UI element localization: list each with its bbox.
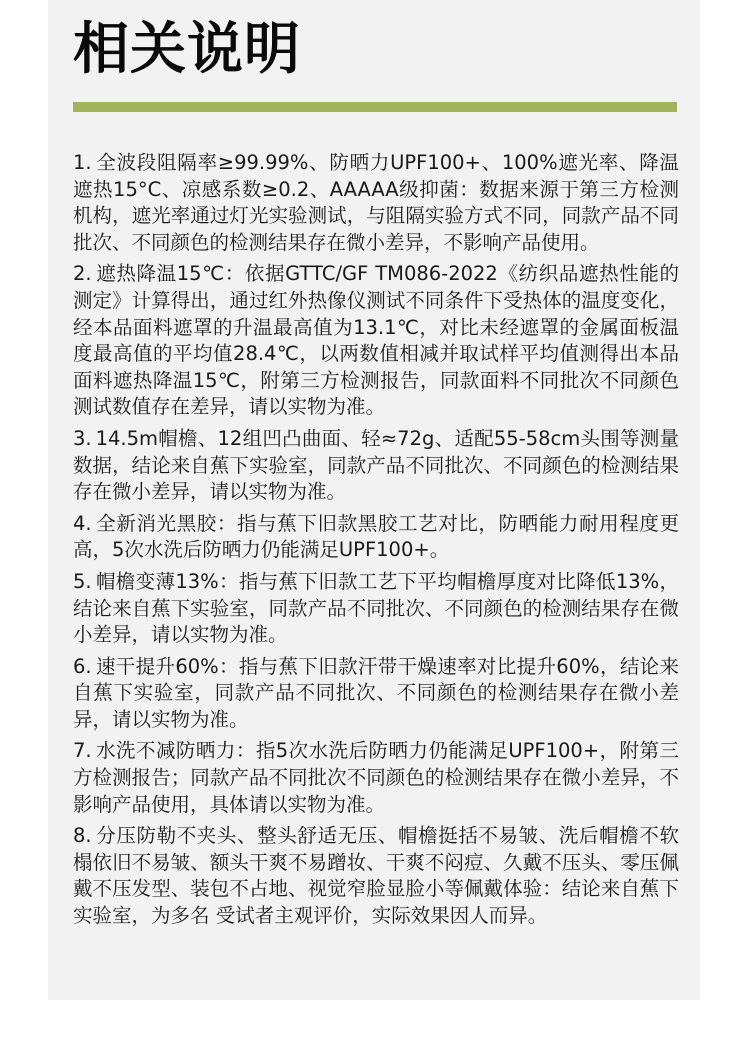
note-item-5: 5.帽檐变薄13%：指与蕉下旧款工艺下平均帽檐厚度对比降低13%，结论来自蕉下实… xyxy=(73,569,679,649)
note-number: 5. xyxy=(73,570,92,593)
note-item-7: 7.水洗不减防晒力：指5次水洗后防晒力仍能满足UPF100+，附第三方检测报告；… xyxy=(73,738,679,818)
page-title: 相关说明 xyxy=(73,14,301,86)
note-item-4: 4.全新消光黑胶：指与蕉下旧款黑胶工艺对比，防晒能力耐用程度更高，5次水洗后防晒… xyxy=(73,511,679,564)
note-text: 水洗不减防晒力：指5次水洗后防晒力仍能满足UPF100+，附第三方检测报告；同款… xyxy=(73,739,679,815)
note-number: 4. xyxy=(73,512,92,535)
note-number: 3. xyxy=(73,427,92,450)
note-text: 14.5m帽檐、12组凹凸曲面、轻≈72g、适配55-58cm头围等测量数据，结… xyxy=(73,427,679,503)
note-number: 6. xyxy=(73,655,92,678)
note-item-6: 6.速干提升60%：指与蕉下旧款汗带干燥速率对比提升60%，结论来自蕉下实验室，… xyxy=(73,654,679,734)
note-text: 遮热降温15℃：依据GTTC/GF TM086-2022《纺织品遮热性能的测定》… xyxy=(73,262,679,418)
note-item-1: 1.全波段阻隔率≥99.99%、防晒力UPF100+、100%遮光率、降温遮热1… xyxy=(73,150,679,256)
note-item-8: 8.分压防勒不夹头、整头舒适无压、帽檐挺括不易皱、洗后帽檐不软榻依旧不易皱、额头… xyxy=(73,823,679,929)
title-underline-bar xyxy=(73,102,677,112)
note-number: 2. xyxy=(73,262,92,285)
note-text: 全波段阻隔率≥99.99%、防晒力UPF100+、100%遮光率、降温遮热15°… xyxy=(73,151,679,254)
note-item-3: 3.14.5m帽檐、12组凹凸曲面、轻≈72g、适配55-58cm头围等测量数据… xyxy=(73,426,679,506)
note-item-2: 2.遮热降温15℃：依据GTTC/GF TM086-2022《纺织品遮热性能的测… xyxy=(73,261,679,421)
note-text: 全新消光黑胶：指与蕉下旧款黑胶工艺对比，防晒能力耐用程度更高，5次水洗后防晒力仍… xyxy=(73,512,679,562)
note-number: 7. xyxy=(73,739,92,762)
note-text: 帽檐变薄13%：指与蕉下旧款工艺下平均帽檐厚度对比降低13%，结论来自蕉下实验室… xyxy=(73,570,679,646)
note-text: 速干提升60%：指与蕉下旧款汗带干燥速率对比提升60%，结论来自蕉下实验室，同款… xyxy=(73,655,679,731)
note-number: 1. xyxy=(73,151,92,174)
note-text: 分压防勒不夹头、整头舒适无压、帽檐挺括不易皱、洗后帽檐不软榻依旧不易皱、额头干爽… xyxy=(73,824,679,927)
notes-list: 1.全波段阻隔率≥99.99%、防晒力UPF100+、100%遮光率、降温遮热1… xyxy=(73,150,679,935)
note-number: 8. xyxy=(73,824,92,847)
